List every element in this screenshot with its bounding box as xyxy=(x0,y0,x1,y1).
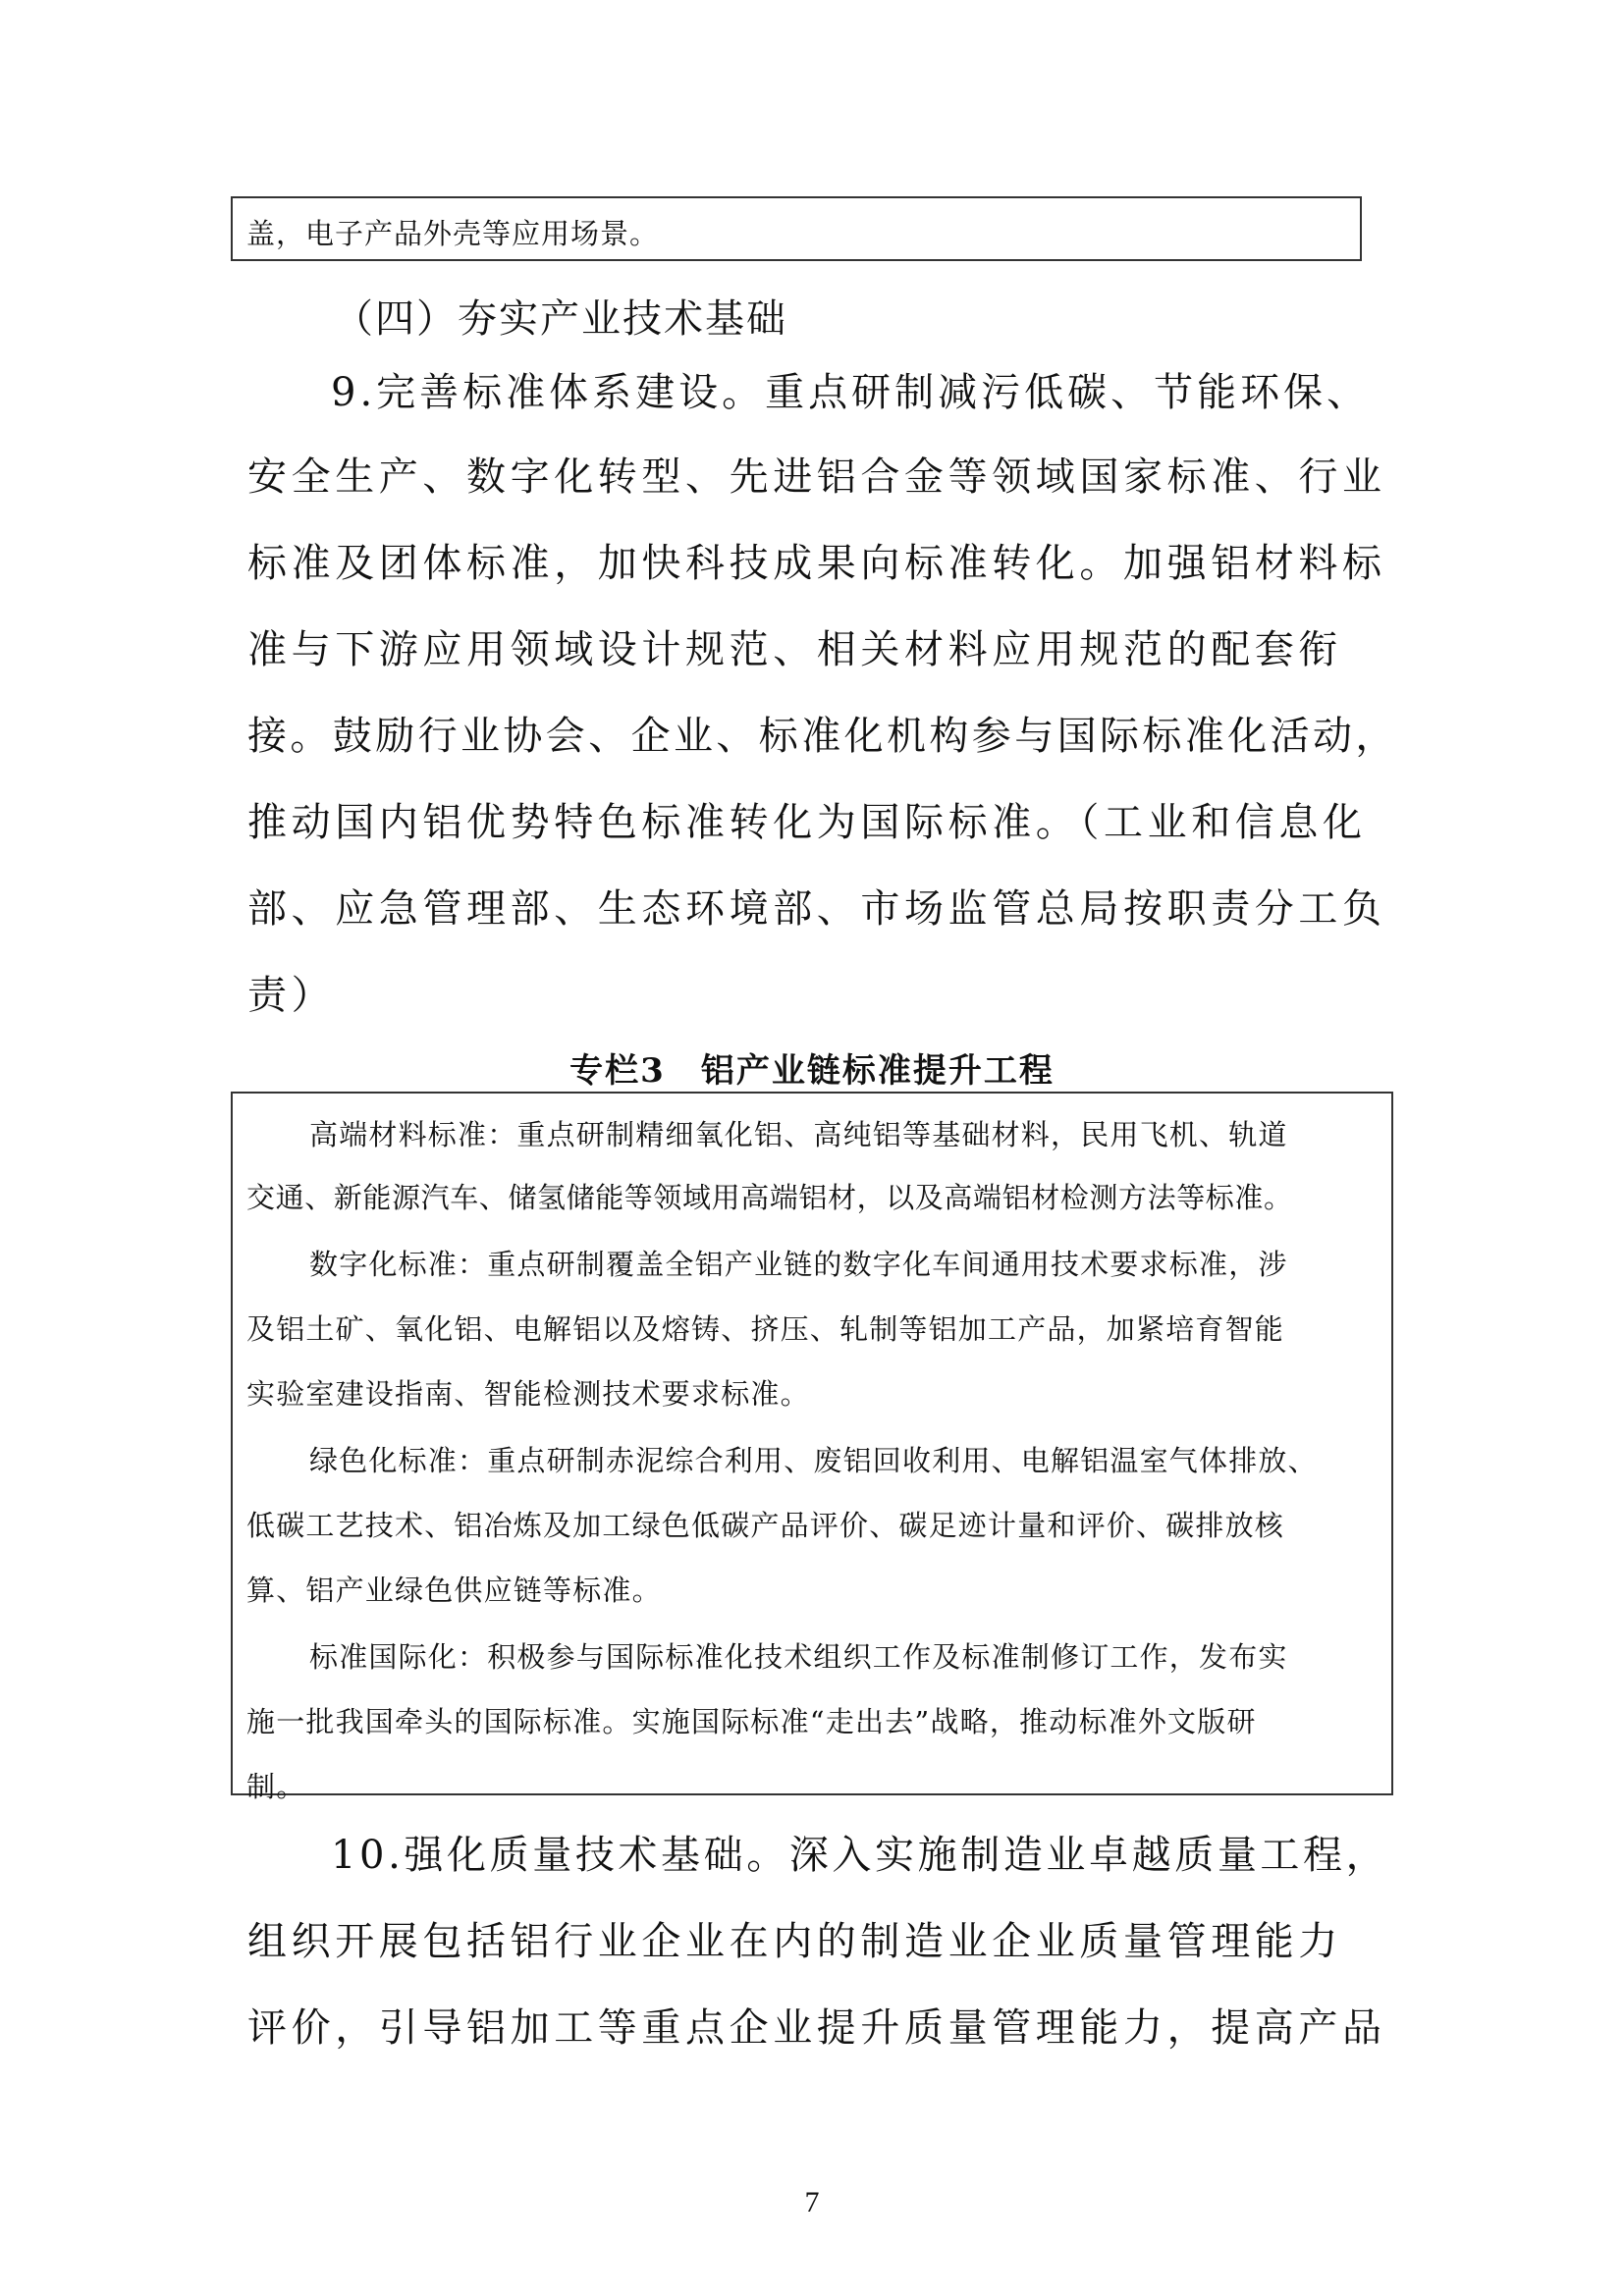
column-line: 制。 xyxy=(246,1765,305,1805)
column-line: 高端材料标准：重点研制精细氧化铝、高纯铝等基础材料，民用飞机、轨道 xyxy=(309,1113,1288,1153)
column-line: 交通、新能源汽车、储氢储能等领域用高端铝材，以及高端铝材检测方法等标准。 xyxy=(246,1176,1293,1216)
column-line: 及铝土矿、氧化铝、电解铝以及熔铸、挤压、轧制等铝加工产品，加紧培育智能 xyxy=(246,1308,1284,1348)
paragraph-line: 标准及团体标准，加快科技成果向标准转化。加强铝材料标 xyxy=(247,532,1386,588)
column-line: 施一批我国牵头的国际标准。实施国际标准“走出去”战略，推动标准外文版研 xyxy=(246,1700,1257,1740)
column-line: 实验室建设指南、智能检测技术要求标准。 xyxy=(246,1372,810,1413)
column-line: 绿色化标准：重点研制赤泥综合利用、废铝回收利用、电解铝温室气体排放、 xyxy=(309,1439,1318,1479)
column-title: 专栏3 铝产业链标准提升工程 xyxy=(0,1043,1624,1092)
page-number: 7 xyxy=(0,2186,1624,2219)
section-heading: （四）夯实产业技术基础 xyxy=(334,288,787,344)
column-line: 算、铝产业绿色供应链等标准。 xyxy=(246,1569,662,1609)
paragraph-line: 安全生产、数字化转型、先进铝合金等领域国家标准、行业 xyxy=(247,446,1386,502)
paragraph-line: 评价，引导铝加工等重点企业提升质量管理能力，提高产品 xyxy=(247,1997,1386,2053)
paragraph-line: 组织开展包括铝行业企业在内的制造业企业质量管理能力 xyxy=(247,1910,1342,1966)
paragraph-line: 10.强化质量技术基础。深入实施制造业卓越质量工程， xyxy=(331,1824,1388,1880)
column-line: 标准国际化：积极参与国际标准化技术组织工作及标准制修订工作，发布实 xyxy=(309,1635,1288,1676)
column-line: 低碳工艺技术、铝冶炼及加工绿色低碳产品评价、碳足迹计量和评价、碳排放核 xyxy=(246,1504,1284,1544)
paragraph-line: 9.完善标准体系建设。重点研制减污低碳、节能环保、 xyxy=(331,361,1370,417)
paragraph-line: 准与下游应用领域设计规范、相关材料应用规范的配套衔 xyxy=(247,618,1342,674)
column-box: 高端材料标准：重点研制精细氧化铝、高纯铝等基础材料，民用飞机、轨道 交通、新能源… xyxy=(231,1092,1393,1795)
paragraph-line: 接。鼓励行业协会、企业、标准化机构参与国际标准化活动， xyxy=(247,705,1398,761)
column-line: 数字化标准：重点研制覆盖全铝产业链的数字化车间通用技术要求标准，涉 xyxy=(309,1243,1288,1283)
paragraph-line: 部、应急管理部、生态环境部、市场监管总局按职责分工负 xyxy=(247,878,1386,934)
continued-box-text: 盖，电子产品外壳等应用场景。 xyxy=(246,212,659,252)
continued-box: 盖，电子产品外壳等应用场景。 xyxy=(231,196,1362,261)
paragraph-line: 推动国内铝优势特色标准转化为国际标准。（工业和信息化 xyxy=(247,791,1367,847)
paragraph-line: 责） xyxy=(247,964,335,1020)
